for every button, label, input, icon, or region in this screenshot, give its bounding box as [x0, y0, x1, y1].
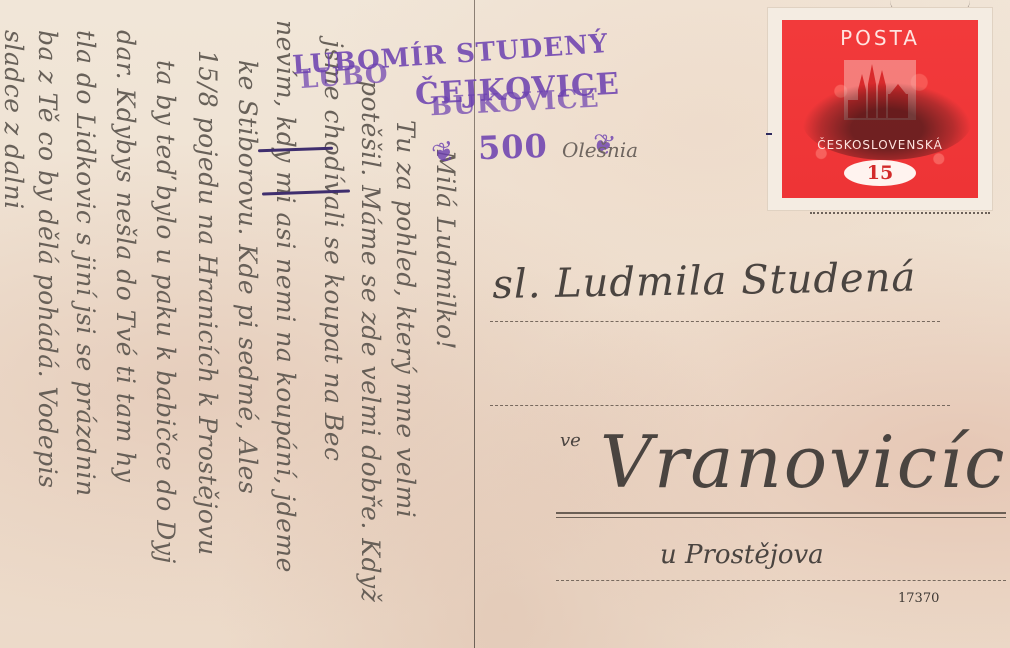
address-region: u Prostějova [660, 540, 824, 570]
pencil-note: Olešnia [562, 138, 638, 162]
postage-stamp-country: ČESKOSLOVENSKÁ [782, 138, 978, 152]
postage-stamp-design: POSTA ČESKOSLOVENSKÁ 15 [782, 20, 978, 198]
serial-number: 17370 [898, 591, 939, 606]
address-line-1 [490, 321, 940, 322]
address-line-2 [490, 405, 950, 406]
message-line: sladce z dalni [0, 30, 28, 210]
address-line-3-underline [556, 517, 1006, 518]
message-line: dar. Kdybys nešla do Tvé ti tam hy [111, 30, 140, 483]
center-divider [474, 150, 475, 648]
address-city: Vranovicích [600, 420, 1010, 504]
address-line-3 [556, 512, 1006, 514]
postage-stamp-top-text: POSTA [782, 26, 978, 50]
sender-stamp-number: 500 [477, 127, 548, 167]
postcard-back: Milá Ludmilko! Tu za pohled, který mne v… [0, 0, 1010, 648]
message-line: ba z Tě co by dělá pohádá. Vodepis [33, 30, 62, 488]
message-line: potěšil. Máme se zde velmi dobře. Když [356, 80, 385, 602]
postage-stamp: POSTA ČESKOSLOVENSKÁ 15 [768, 8, 992, 210]
address-line-4 [556, 580, 1006, 581]
stamp-area-line [810, 212, 990, 214]
ink-mark [766, 133, 772, 135]
message-line: ta by teď bylo u paku k babičce do Dyj [151, 60, 180, 564]
recipient-name: sl. Ludmila Studená [492, 255, 917, 308]
message-line: Milá Ludmilko! [431, 150, 460, 350]
postage-stamp-denomination: 15 [844, 160, 916, 186]
message-line: jsme chodívali se koupat na Bec [319, 40, 348, 462]
message-line: tla do Lidkovic s jiní jsi se prázdnin [71, 30, 100, 497]
message-line: 15/8 pojedu na Hranicích k Prostějovu [193, 50, 222, 556]
message-line: ke Stiborovu. Kde pi sedmé, Ales [233, 60, 262, 494]
message-line: nevím, kdy mi asi nemi na koupání, jdeme [271, 20, 300, 573]
message-line: Tu za pohled, který mne velmi [391, 120, 420, 518]
address-prefix: ve [560, 430, 581, 451]
